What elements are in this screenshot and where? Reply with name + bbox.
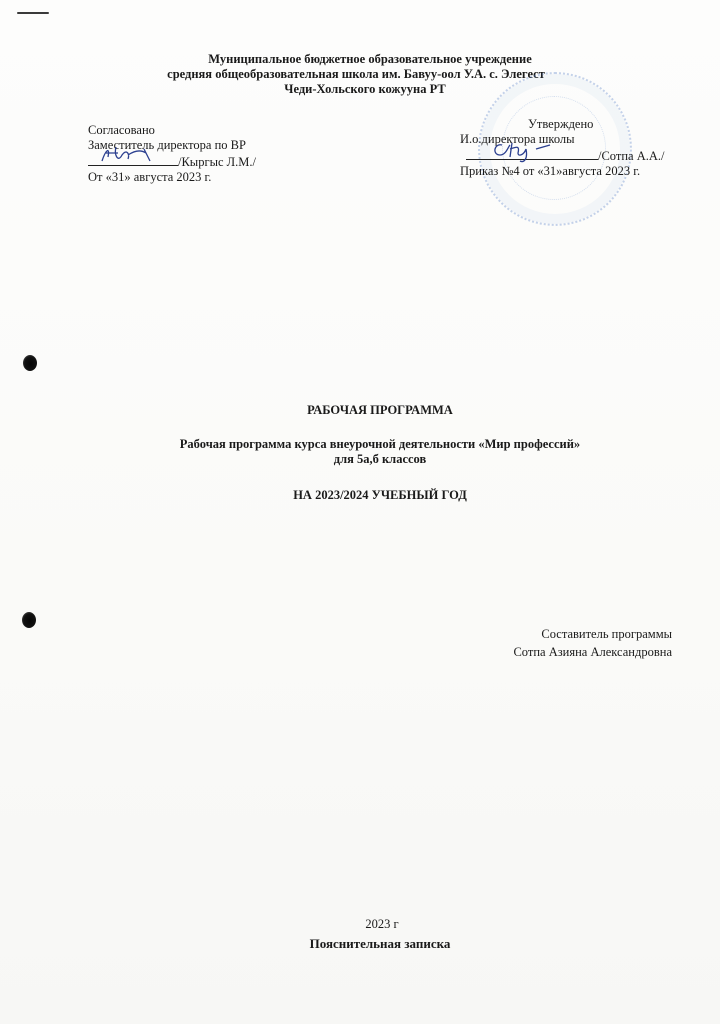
scan-artifact-mark bbox=[17, 12, 49, 14]
approved-signature-name: /Сотпа А.А./ bbox=[598, 149, 665, 163]
author-block: Составитель программы Сотпа Азияна Алекс… bbox=[500, 625, 672, 661]
subtitle-line-2: для 5а,б классов bbox=[20, 452, 720, 467]
signature-line bbox=[466, 147, 598, 160]
approved-label: Утверждено bbox=[460, 117, 665, 132]
footer-year: 2023 г bbox=[0, 917, 720, 932]
approval-block-approved: Утверждено И.о.директора школы /Сотпа А.… bbox=[460, 117, 665, 179]
approval-block-agreed: Согласовано Заместитель директора по ВР … bbox=[88, 123, 256, 185]
signature-icon bbox=[466, 137, 576, 163]
approved-order: Приказ №4 от «31»августа 2023 г. bbox=[460, 164, 665, 179]
approved-signature-row: /Сотпа А.А./ bbox=[460, 147, 665, 164]
author-label: Составитель программы bbox=[500, 625, 672, 643]
punch-hole-icon bbox=[22, 612, 36, 628]
signature-line bbox=[88, 153, 178, 166]
punch-hole-icon bbox=[23, 355, 37, 371]
header-line-1: Муниципальное бюджетное образовательное … bbox=[0, 52, 720, 67]
author-name: Сотпа Азияна Александровна bbox=[500, 643, 672, 661]
agreed-date: От «31» августа 2023 г. bbox=[88, 170, 256, 185]
header-line-2: средняя общеобразовательная школа им. Ба… bbox=[0, 67, 720, 82]
agreed-signature-name: /Кыргыс Л.М./ bbox=[178, 155, 256, 169]
header-line-3: Чеди-Хольского кожууна РТ bbox=[0, 82, 720, 97]
section-title-explanatory-note: Пояснительная записка bbox=[0, 936, 720, 952]
scanned-document-page: Муниципальное бюджетное образовательное … bbox=[0, 0, 720, 1024]
signature-icon bbox=[88, 143, 168, 167]
agreed-signature-row: /Кыргыс Л.М./ bbox=[88, 153, 256, 170]
document-subtitle: Рабочая программа курса внеурочной деяте… bbox=[0, 437, 720, 467]
agreed-label: Согласовано bbox=[88, 123, 256, 138]
school-header: Муниципальное бюджетное образовательное … bbox=[0, 52, 720, 97]
subtitle-line-1: Рабочая программа курса внеурочной деяте… bbox=[20, 437, 720, 452]
document-title: РАБОЧАЯ ПРОГРАММА bbox=[0, 403, 720, 418]
academic-year: НА 2023/2024 УЧЕБНЫЙ ГОД bbox=[0, 488, 720, 503]
